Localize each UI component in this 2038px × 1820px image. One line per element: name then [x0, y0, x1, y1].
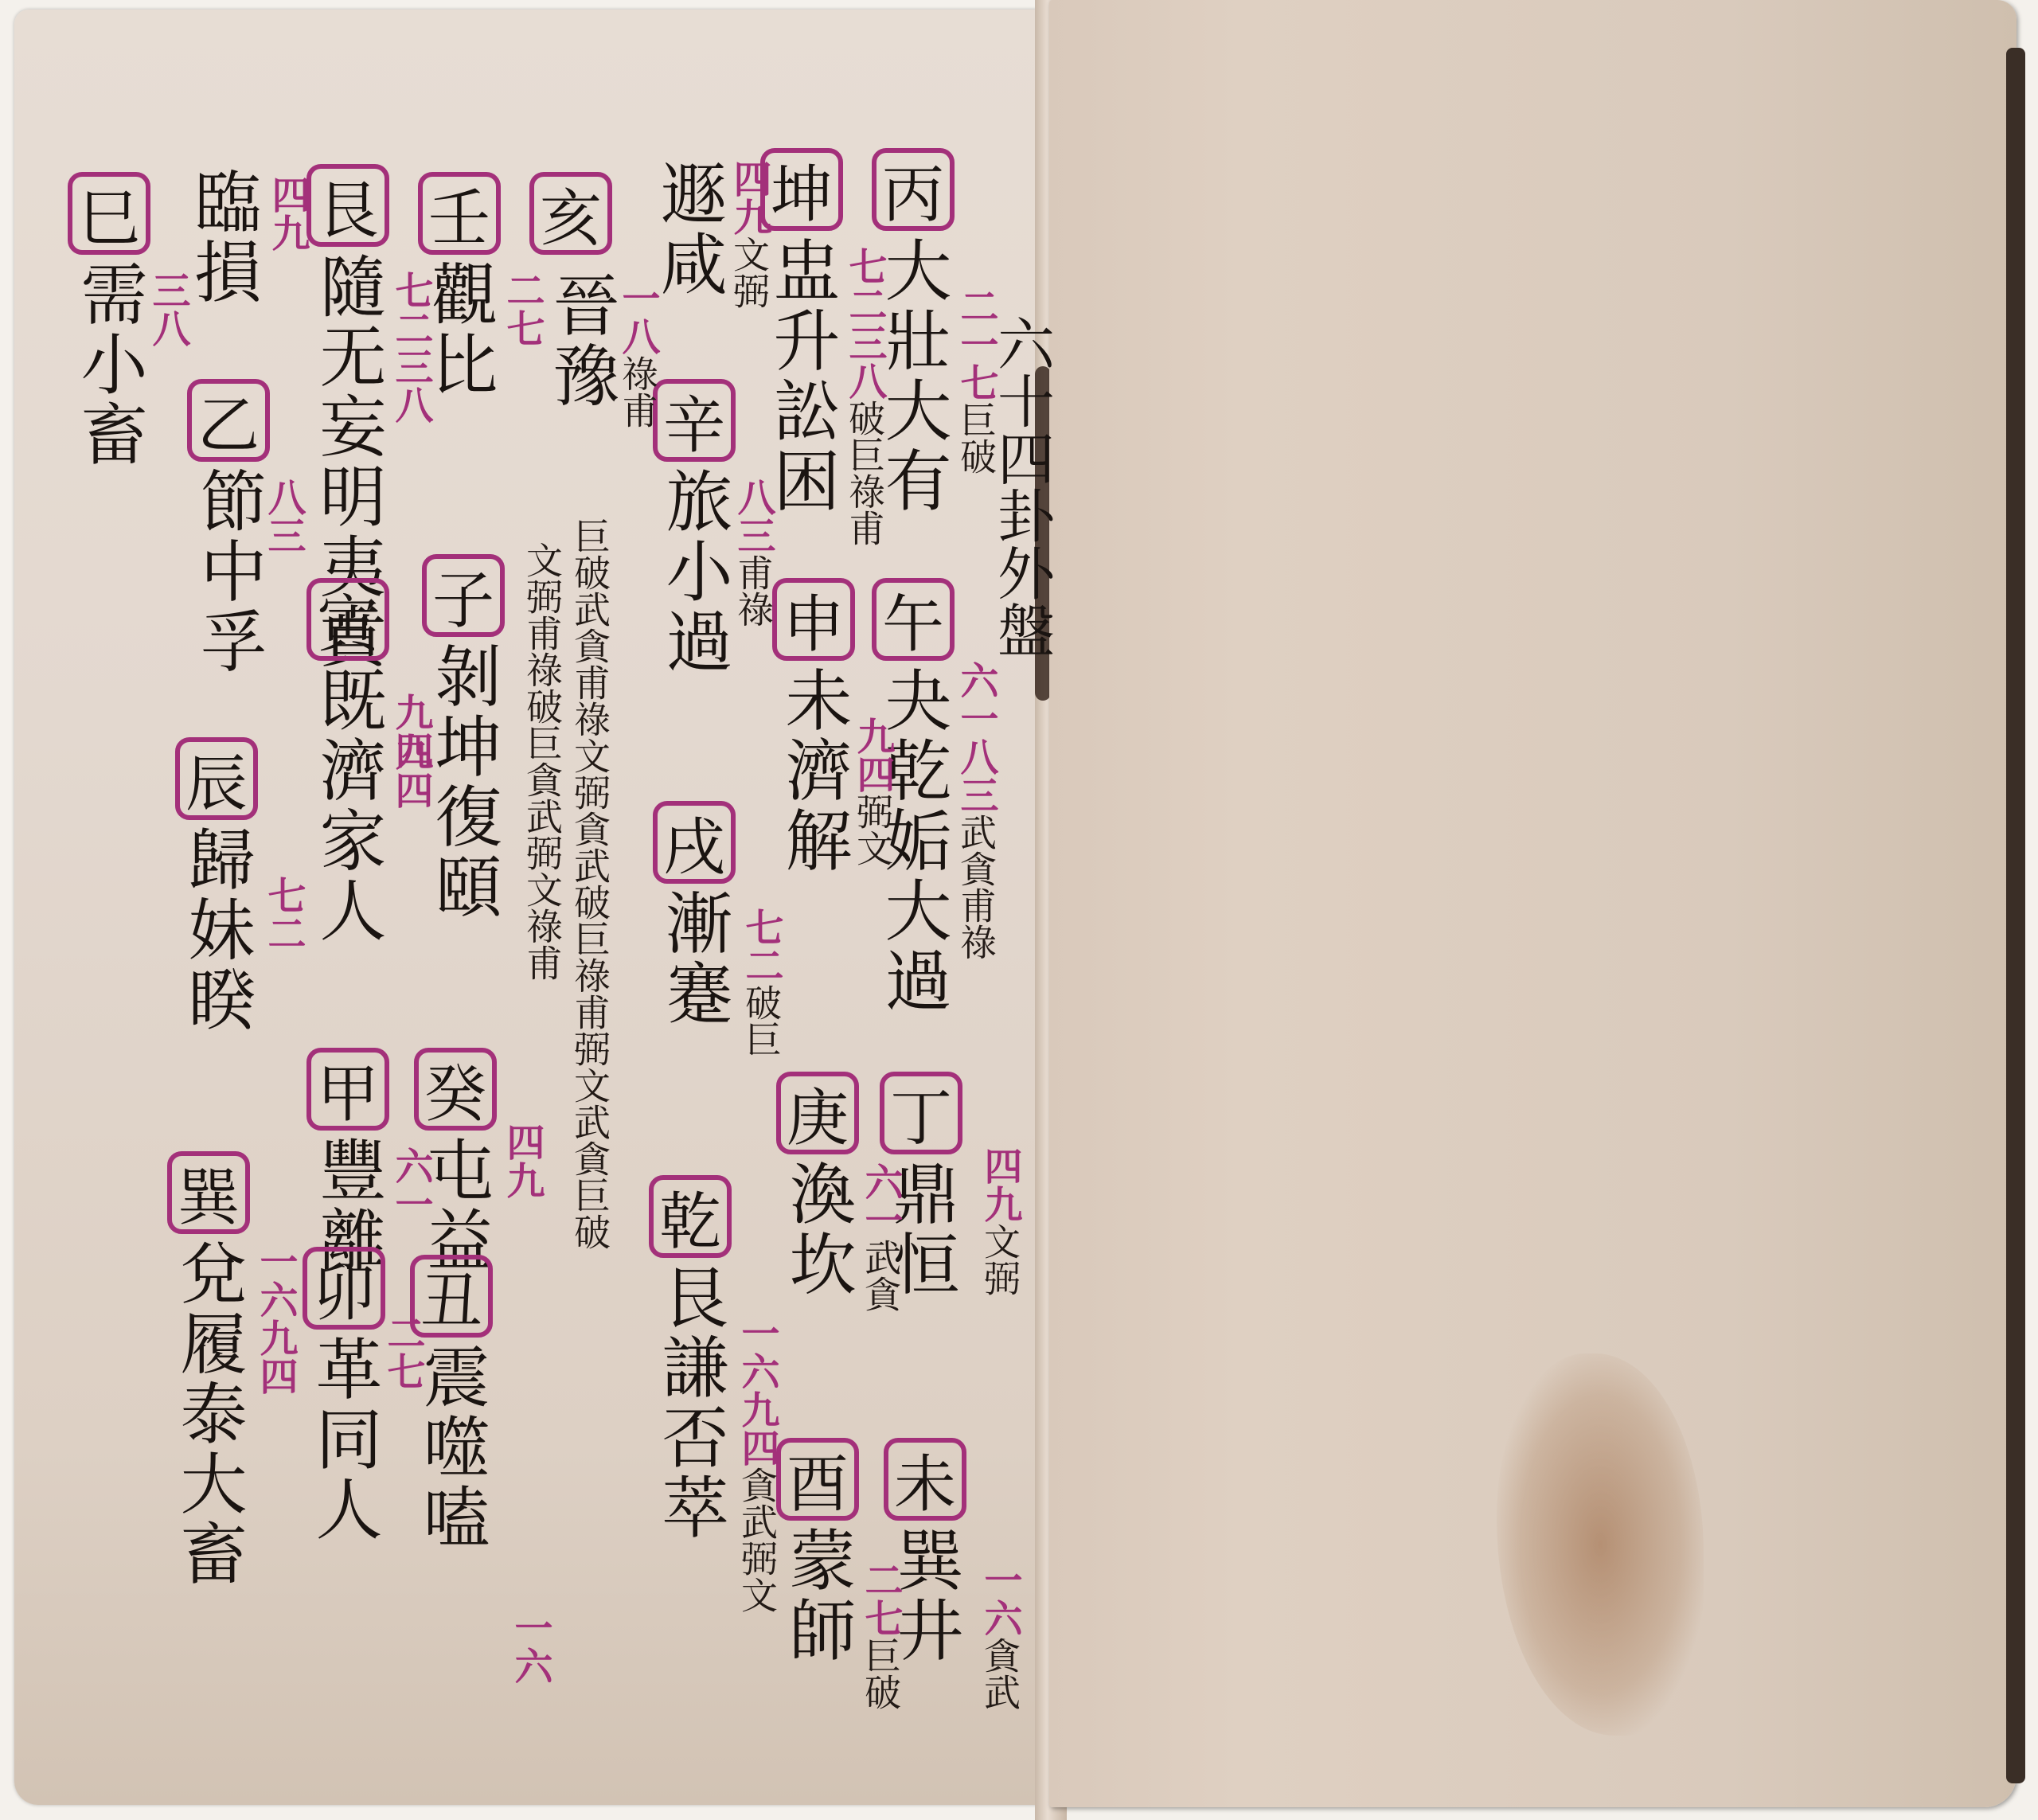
branch-seal: 子 [422, 554, 505, 637]
annot-star: 巨破 [955, 401, 997, 475]
branch-seal: 庚 [776, 1072, 859, 1154]
column-hai: 亥 [529, 167, 612, 260]
annotation: 四九 [502, 1123, 543, 1199]
branch-seal: 亥 [529, 172, 612, 255]
column-mao: 卯 革同人 [303, 1242, 385, 1545]
annot-star: 破巨祿甫 [844, 400, 885, 546]
branch-seal: 壬 [418, 172, 501, 255]
annot-number: 四九 [267, 175, 308, 252]
hexagram-names: 晉豫 [541, 271, 621, 411]
annotation: 九四 [390, 732, 431, 809]
branch-seal: 巽 [167, 1151, 250, 1234]
annot-star: 文弼 [979, 1223, 1021, 1296]
column-xun: 巽 兌履泰大畜 [167, 1146, 250, 1589]
book-cover-edge [2006, 48, 2025, 1783]
annotation: 六一 武貪 [860, 1162, 901, 1312]
annotation: 六一八三 武貪甫祿 [955, 661, 997, 960]
annotation: 八三 甫祿 [732, 478, 774, 627]
annotation: 六一 [390, 1146, 431, 1223]
annotation: 二七 [502, 271, 543, 347]
annot-number: 六一 [860, 1162, 901, 1239]
annotation: 七二三八 破巨祿甫 [844, 247, 885, 546]
hexagram-names: 節中孚 [189, 467, 268, 677]
column-lin-sun: 臨損 [183, 167, 263, 307]
hexagram-names: 遯咸 [649, 159, 728, 299]
column-chen: 辰 歸妹睽 [175, 732, 258, 1035]
column-2c: 庚 渙坎 [776, 1067, 859, 1299]
column-yin: 寅 既濟家人 [306, 573, 389, 946]
branch-seal: 丁 [880, 1072, 962, 1154]
column-3c: 戌 漸蹇 [653, 796, 736, 1029]
branch-seal: 酉 [776, 1438, 859, 1521]
column-2d: 酉 蒙師 [776, 1433, 859, 1666]
annot-number: 四九 [728, 159, 770, 236]
annot-number: 九四 [852, 717, 893, 793]
annot-star: 巨破 [860, 1637, 901, 1710]
hexagram-names: 革同人 [304, 1334, 384, 1545]
annotation: 四九 文弼 [979, 1146, 1021, 1296]
annot-star: 祿甫 [617, 355, 658, 428]
annot-star: 武貪甫祿 [955, 814, 997, 960]
annotation: 一六九四 [255, 1242, 296, 1395]
annotation: 一六九四 貪武弼文 [736, 1314, 778, 1613]
annot-number: 四九 [502, 1123, 543, 1199]
column-jin-yu: 晉豫 [541, 271, 621, 411]
annotation: 二七 [382, 1314, 424, 1390]
annot-star: 貪武弼文 [736, 1467, 778, 1613]
branch-seal: 午 [872, 578, 955, 661]
annot-number: 七二 [740, 908, 782, 984]
branch-seal: 甲 [306, 1048, 389, 1131]
column-3d: 乾 艮謙否萃 [649, 1170, 732, 1543]
annotation: 七二 [263, 876, 304, 952]
branch-seal: 乾 [649, 1175, 732, 1258]
annotation: 三八 [147, 271, 189, 347]
hexagram-names: 剝坤復頤 [424, 642, 503, 922]
branch-seal: 卯 [303, 1247, 385, 1330]
hexagram-names: 臨損 [183, 167, 263, 307]
annotation: 四九 [267, 175, 308, 252]
hexagram-names: 蒙師 [778, 1525, 857, 1666]
column-yi: 乙 節中孚 [187, 374, 270, 677]
annot-number: 七二三八 [844, 247, 885, 400]
annot-number: 一六九四 [736, 1314, 778, 1467]
branch-seal: 未 [884, 1438, 966, 1521]
annot-number: 二七 [382, 1314, 424, 1390]
hexagram-names: 需小畜 [69, 260, 149, 470]
column-2b: 申 未濟解 [772, 573, 855, 876]
annotation: 七二 破巨 [740, 908, 782, 1057]
branch-seal: 辛 [653, 379, 736, 462]
branch-seal: 乙 [187, 379, 270, 462]
hexagram-names: 漸蹇 [654, 889, 734, 1029]
star-sequence-text: 巨破武貪甫祿文弼貪武破巨祿甫弼文武貪巨破 [569, 517, 611, 1250]
branch-seal: 辰 [175, 737, 258, 820]
column-chou: 丑 震噬嗑 [410, 1250, 493, 1552]
annot-star: 甫祿 [732, 554, 774, 627]
annotation: 四九 文弼 [728, 159, 770, 309]
annot-number: 二一七 [955, 287, 997, 401]
annot-number: 七二 [263, 876, 304, 952]
annot-number: 六一 [390, 1146, 431, 1223]
annotation: 七二三八 [390, 271, 431, 424]
hexagram-names: 盅升訟困 [762, 236, 841, 516]
annot-number: 二七 [860, 1560, 901, 1637]
star-sequence-text: 文弼甫祿破巨貪武弼文祿甫 [521, 541, 563, 981]
annotation: 九四 弼文 [852, 717, 893, 866]
annot-number: 二七 [502, 271, 543, 347]
branch-seal: 巳 [68, 172, 150, 255]
column-3: 遯咸 [649, 159, 728, 299]
hexagram-names: 既濟家人 [308, 666, 388, 946]
branch-seal: 寅 [306, 578, 389, 661]
annot-number: 八三 [732, 478, 774, 554]
branch-seal: 艮 [306, 164, 389, 247]
star-sequence-1: 巨破武貪甫祿文弼貪武破巨祿甫弼文武貪巨破 [569, 517, 611, 1250]
column-si: 巳 需小畜 [68, 167, 150, 470]
hexagram-names: 艮謙否萃 [650, 1263, 730, 1543]
hexagram-names: 歸妹睽 [177, 825, 256, 1035]
column-2: 坤 盅升訟困 [760, 143, 843, 516]
annot-number: 六一八三 [955, 661, 997, 814]
annot-number: 八三 [263, 478, 304, 554]
annot-star: 武貪 [860, 1239, 901, 1312]
branch-seal: 坤 [760, 148, 843, 231]
open-book: 六十四卦外盤 丙 大壯大有 二一七 巨破 午 夬乾姤大過 六一八三 武貪甫祿 丁… [0, 0, 2038, 1820]
hexagram-names: 渙坎 [778, 1159, 857, 1299]
annotation: 一六 [509, 1608, 551, 1685]
annot-number: 一六九四 [255, 1242, 296, 1395]
annotation: 八三 [263, 478, 304, 554]
branch-seal: 戌 [653, 801, 736, 884]
annotation: 二一七 巨破 [955, 287, 997, 475]
annot-star: 文弼 [728, 236, 770, 309]
annot-star: 破巨 [740, 984, 782, 1057]
annot-number: 三八 [147, 271, 189, 347]
hexagram-names: 兌履泰大畜 [169, 1239, 248, 1589]
annot-star: 貪武 [979, 1637, 1021, 1710]
annot-number: 一六 [509, 1608, 551, 1685]
hexagram-names: 未濟解 [774, 666, 853, 876]
column-zi: 子 剝坤復頤 [422, 549, 505, 922]
branch-seal: 丙 [872, 148, 955, 231]
annot-number: 四九 [979, 1146, 1021, 1223]
annot-number: 一八 [617, 279, 658, 355]
hexagram-names: 旅小過 [654, 467, 734, 677]
annot-star: 弼文 [852, 793, 893, 866]
annot-number: 七二三八 [390, 271, 431, 424]
annot-number: 九四 [390, 732, 431, 809]
annotation: 一六 貪武 [979, 1560, 1021, 1710]
column-3b: 辛 旅小過 [653, 374, 736, 677]
annot-number: 一六 [979, 1560, 1021, 1637]
column-jia: 甲 豐離 [306, 1043, 389, 1275]
star-sequence-2: 文弼甫祿破巨貪武弼文祿甫 [521, 541, 563, 981]
annotation: 一八 祿甫 [617, 279, 658, 428]
annotation: 二七 巨破 [860, 1560, 901, 1710]
branch-seal: 癸 [414, 1048, 497, 1131]
branch-seal: 申 [772, 578, 855, 661]
